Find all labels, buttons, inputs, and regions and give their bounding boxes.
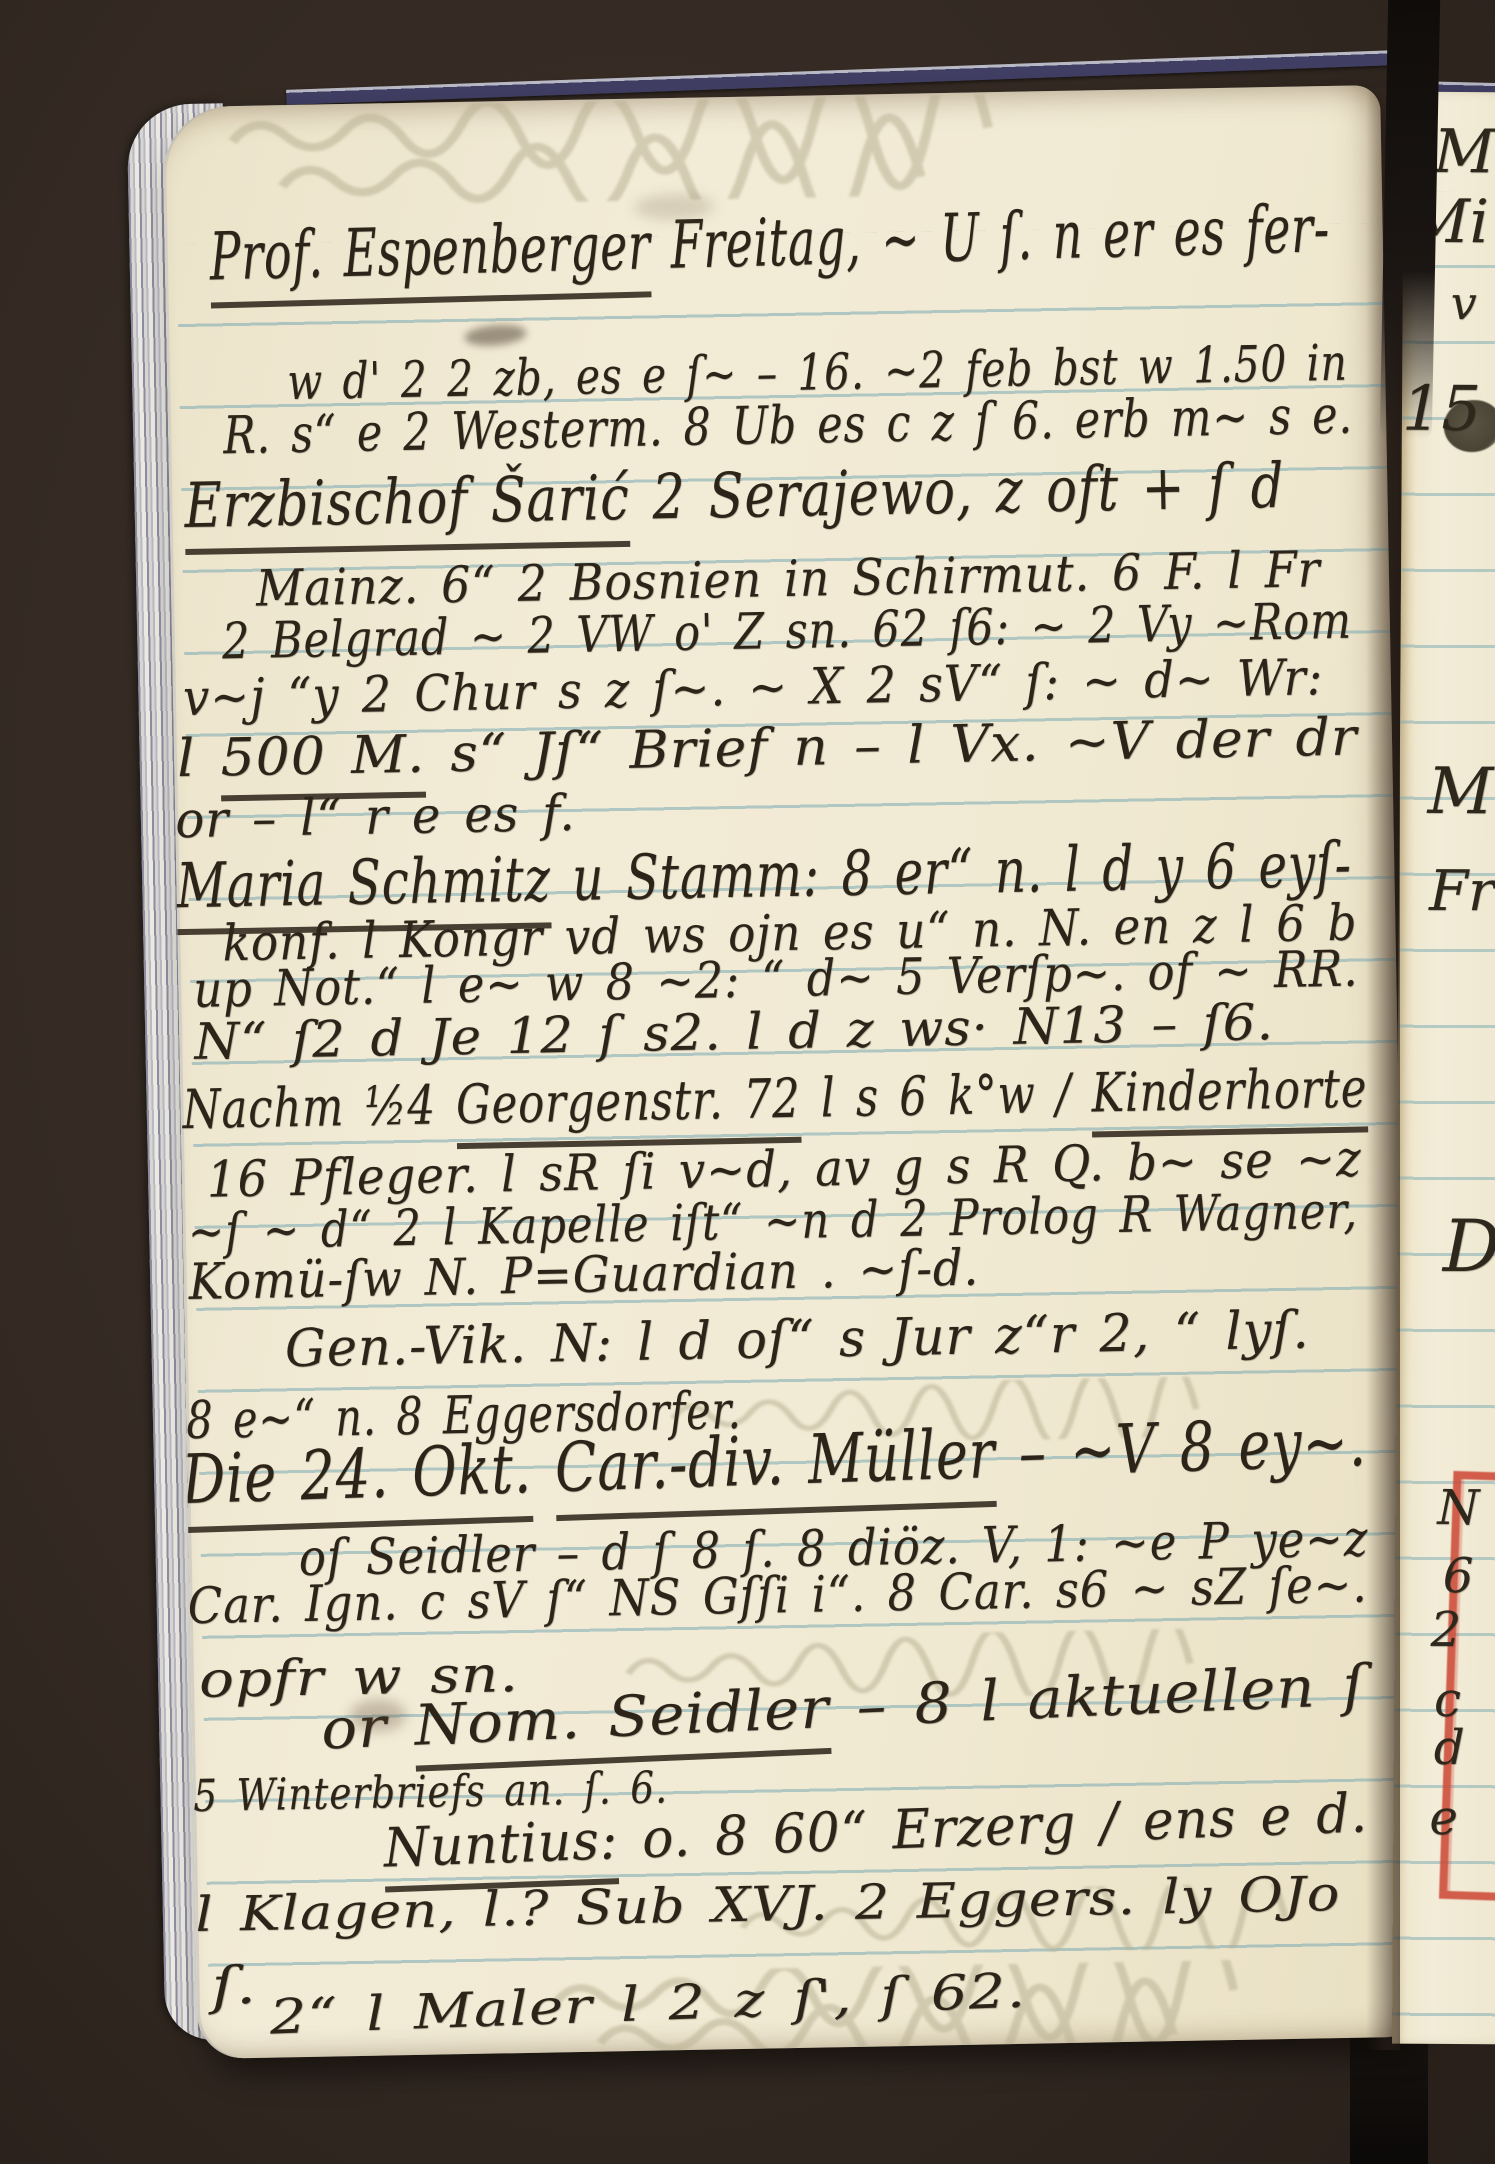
handwriting-segment: l (177, 728, 222, 789)
handwriting-segment: 2 Serajewo, z oft + ſ d (629, 449, 1285, 534)
handwriting-fragment: v (1451, 280, 1477, 326)
handwriting-fragment: 2 (1430, 1606, 1461, 1654)
bleedthrough-ghost-writing (222, 94, 1004, 208)
scanned-notebook-photo: Prof. Espenberger Freitag, ~ U ſ. n er e… (0, 0, 1495, 2164)
handwriting-segment: – ~V 8 ey~. (994, 1403, 1368, 1494)
handwriting-segment: or – l“ r e es f. (175, 784, 576, 849)
bookmark-ribbon-bottom (1350, 2030, 1428, 2164)
handwriting-fragment: c (1434, 1676, 1461, 1724)
underlined-word: Die 24. Okt. (181, 1430, 534, 1533)
handwriting-segment: Nachm ½4 (182, 1073, 457, 1141)
handwriting-fragment: d (1434, 1724, 1465, 1772)
handwriting-line: ſ. (211, 1960, 257, 2013)
handwriting-line: or – l“ r e es f. (175, 788, 576, 845)
notebook-left-page: Prof. Espenberger Freitag, ~ U ſ. n er e… (162, 85, 1416, 2059)
handwriting-fragment: e (1429, 1794, 1458, 1842)
underlined-word: Georgenstr. 72 (455, 1067, 801, 1149)
handwriting-fragment: N (1437, 1484, 1479, 1532)
underlined-word: Kinderhorte (1091, 1056, 1368, 1137)
bookmark-ribbon-top (1380, 0, 1441, 440)
handwriting-fragment: D (1443, 1210, 1495, 1282)
handwriting-segment: l s 6 k°w / (800, 1061, 1092, 1129)
handwriting-fragment: 6 (1443, 1552, 1474, 1600)
handwriting-segment (530, 1429, 556, 1509)
handwriting-fragment: M (1433, 122, 1495, 182)
underlined-word: Prof. Espenberger (209, 207, 652, 308)
handwriting-fragment: M (1427, 760, 1493, 824)
underlined-word: Car.-div. Müller (554, 1415, 997, 1521)
handwriting-fragment: Fr (1429, 864, 1495, 920)
underlined-word: Erzbischof Šarić (184, 461, 631, 555)
handwriting-line: Erzbischof Šarić 2 Serajewo, z oft + ſ d (184, 455, 1285, 537)
handwriting-segment: ſ. (211, 1956, 257, 2017)
handwriting-line: Komü-ſw N. P=Guardian . ~ſ-d. (188, 1243, 979, 1307)
